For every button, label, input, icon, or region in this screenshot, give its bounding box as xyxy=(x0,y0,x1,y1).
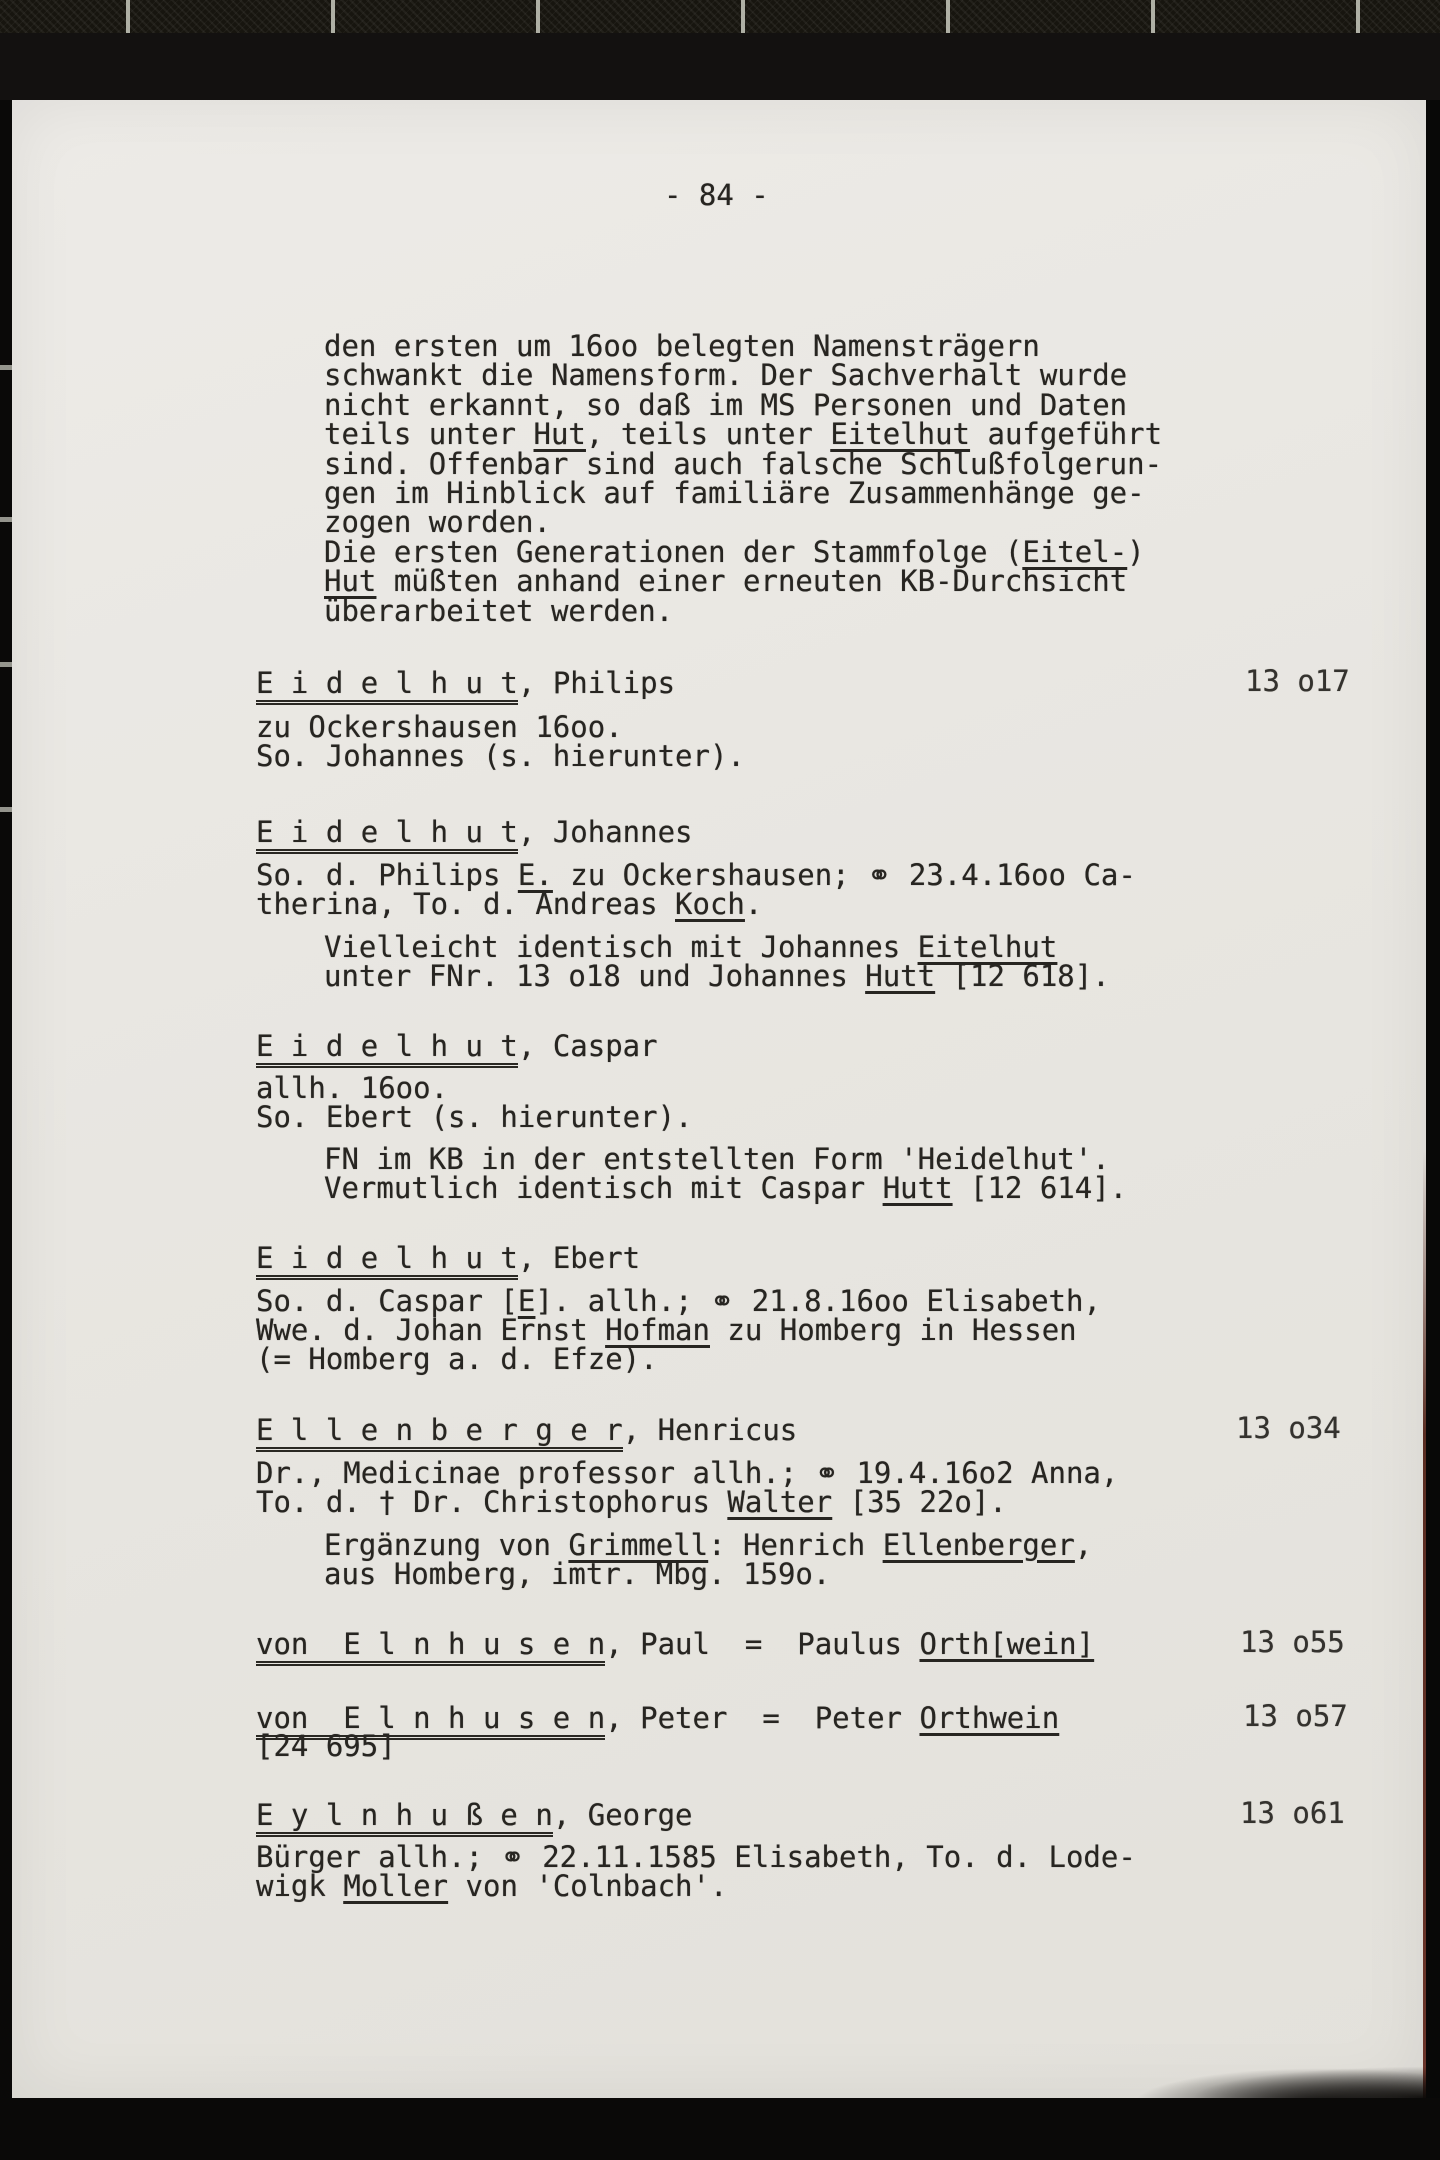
entry-heading: E i d e l h u t, Caspar xyxy=(256,1031,658,1061)
page-number: - 84 - xyxy=(664,180,769,210)
entry-body-line: So. Ebert (s. hierunter). xyxy=(256,1102,693,1132)
film-band-top xyxy=(0,33,1440,100)
film-frame-divider xyxy=(126,0,130,33)
entry-heading: E i d e l h u t, Johannes xyxy=(256,817,693,847)
entry-note-line: Vielleicht identisch mit Johannes Eitelh… xyxy=(324,932,1057,962)
entry-fnr: 13 o61 xyxy=(1240,1798,1345,1828)
entry-body-line: So. Johannes (s. hierunter). xyxy=(256,741,745,771)
entry-fnr: 13 o34 xyxy=(1236,1413,1341,1443)
entry-heading: E i d e l h u t, Ebert xyxy=(256,1243,640,1273)
entry-note-line: unter FNr. 13 o18 und Johannes Hutt [12 … xyxy=(324,961,1110,991)
intro-line: teils unter Hut, teils unter Eitelhut au… xyxy=(324,419,1162,449)
film-frame-divider xyxy=(536,0,540,33)
sprocket-divider xyxy=(0,365,12,370)
entry-sub-line: [24 695] xyxy=(256,1731,396,1761)
sprocket-divider xyxy=(0,517,12,522)
intro-line: schwankt die Namensform. Der Sachverhalt… xyxy=(324,360,1127,390)
microfilm-scan: - 84 - den ersten um 16oo belegten Namen… xyxy=(0,0,1440,2160)
entry-body-line: Bürger allh.; ⚭ 22.11.1585 Elisabeth, To… xyxy=(256,1842,1136,1872)
entry-fnr: 13 o17 xyxy=(1245,666,1350,696)
entry-body-line: wigk Moller von 'Colnbach'. xyxy=(256,1871,727,1901)
sprocket-divider xyxy=(0,807,12,812)
intro-line: nicht erkannt, so daß im MS Personen und… xyxy=(324,390,1127,420)
film-frame-divider xyxy=(1356,0,1360,33)
film-frame-divider xyxy=(1151,0,1155,33)
entry-body-line: zu Ockershausen 16oo. xyxy=(256,712,623,742)
entry-heading: von E l n h u s e n, Paul = Paulus Orth[… xyxy=(256,1629,1094,1659)
entry-body-line: allh. 16oo. xyxy=(256,1073,448,1103)
film-strip-right xyxy=(1426,100,1440,2160)
intro-line: gen im Hinblick auf familiäre Zusammenhä… xyxy=(324,478,1145,508)
entry-body-line: To. d. † Dr. Christophorus Walter [35 22… xyxy=(256,1487,1007,1517)
page-curl-shadow xyxy=(956,2040,1426,2098)
entry-body-line: So. d. Caspar [E]. allh.; ⚭ 21.8.16oo El… xyxy=(256,1286,1101,1316)
film-frame-divider xyxy=(946,0,950,33)
intro-line: den ersten um 16oo belegten Namensträger… xyxy=(324,331,1040,361)
intro-line: Die ersten Generationen der Stammfolge (… xyxy=(324,537,1145,567)
page-edge-line xyxy=(1423,1150,1426,2098)
intro-line: Hut müßten anhand einer erneuten KB-Durc… xyxy=(324,566,1127,596)
entry-body-line: therina, To. d. Andreas Koch. xyxy=(256,889,762,919)
entry-heading: E l l e n b e r g e r, Henricus xyxy=(256,1415,797,1445)
entry-note-line: Vermutlich identisch mit Caspar Hutt [12… xyxy=(324,1173,1127,1203)
entry-body-line: (= Homberg a. d. Efze). xyxy=(256,1344,658,1374)
entry-heading: E i d e l h u t, Philips xyxy=(256,668,675,698)
film-strip-bottom xyxy=(0,2098,1440,2160)
entry-note-line: Ergänzung von Grimmell: Henrich Ellenber… xyxy=(324,1530,1092,1560)
intro-line: zogen worden. xyxy=(324,507,551,537)
document-page: - 84 - den ersten um 16oo belegten Namen… xyxy=(12,100,1426,2098)
entry-fnr: 13 o55 xyxy=(1240,1627,1345,1657)
entry-body-line: Wwe. d. Johan Ernst Hofman zu Homberg in… xyxy=(256,1315,1077,1345)
entry-heading: E y l n h u ß e n, George xyxy=(256,1800,693,1830)
entry-note-line: FN im KB in der entstellten Form 'Heidel… xyxy=(324,1144,1110,1174)
film-frame-divider xyxy=(331,0,335,33)
sprocket-divider xyxy=(0,662,12,667)
film-strip-top xyxy=(0,0,1440,33)
entry-note-line: aus Homberg, imtr. Mbg. 159o. xyxy=(324,1559,830,1589)
intro-line: sind. Offenbar sind auch falsche Schlußf… xyxy=(324,449,1162,479)
intro-line: überarbeitet werden. xyxy=(324,596,673,626)
entry-body-line: Dr., Medicinae professor allh.; ⚭ 19.4.1… xyxy=(256,1458,1118,1488)
entry-fnr: 13 o57 xyxy=(1243,1701,1348,1731)
entry-body-line: So. d. Philips E. zu Ockershausen; ⚭ 23.… xyxy=(256,860,1136,890)
film-strip-left xyxy=(0,100,12,2160)
film-frame-divider xyxy=(741,0,745,33)
